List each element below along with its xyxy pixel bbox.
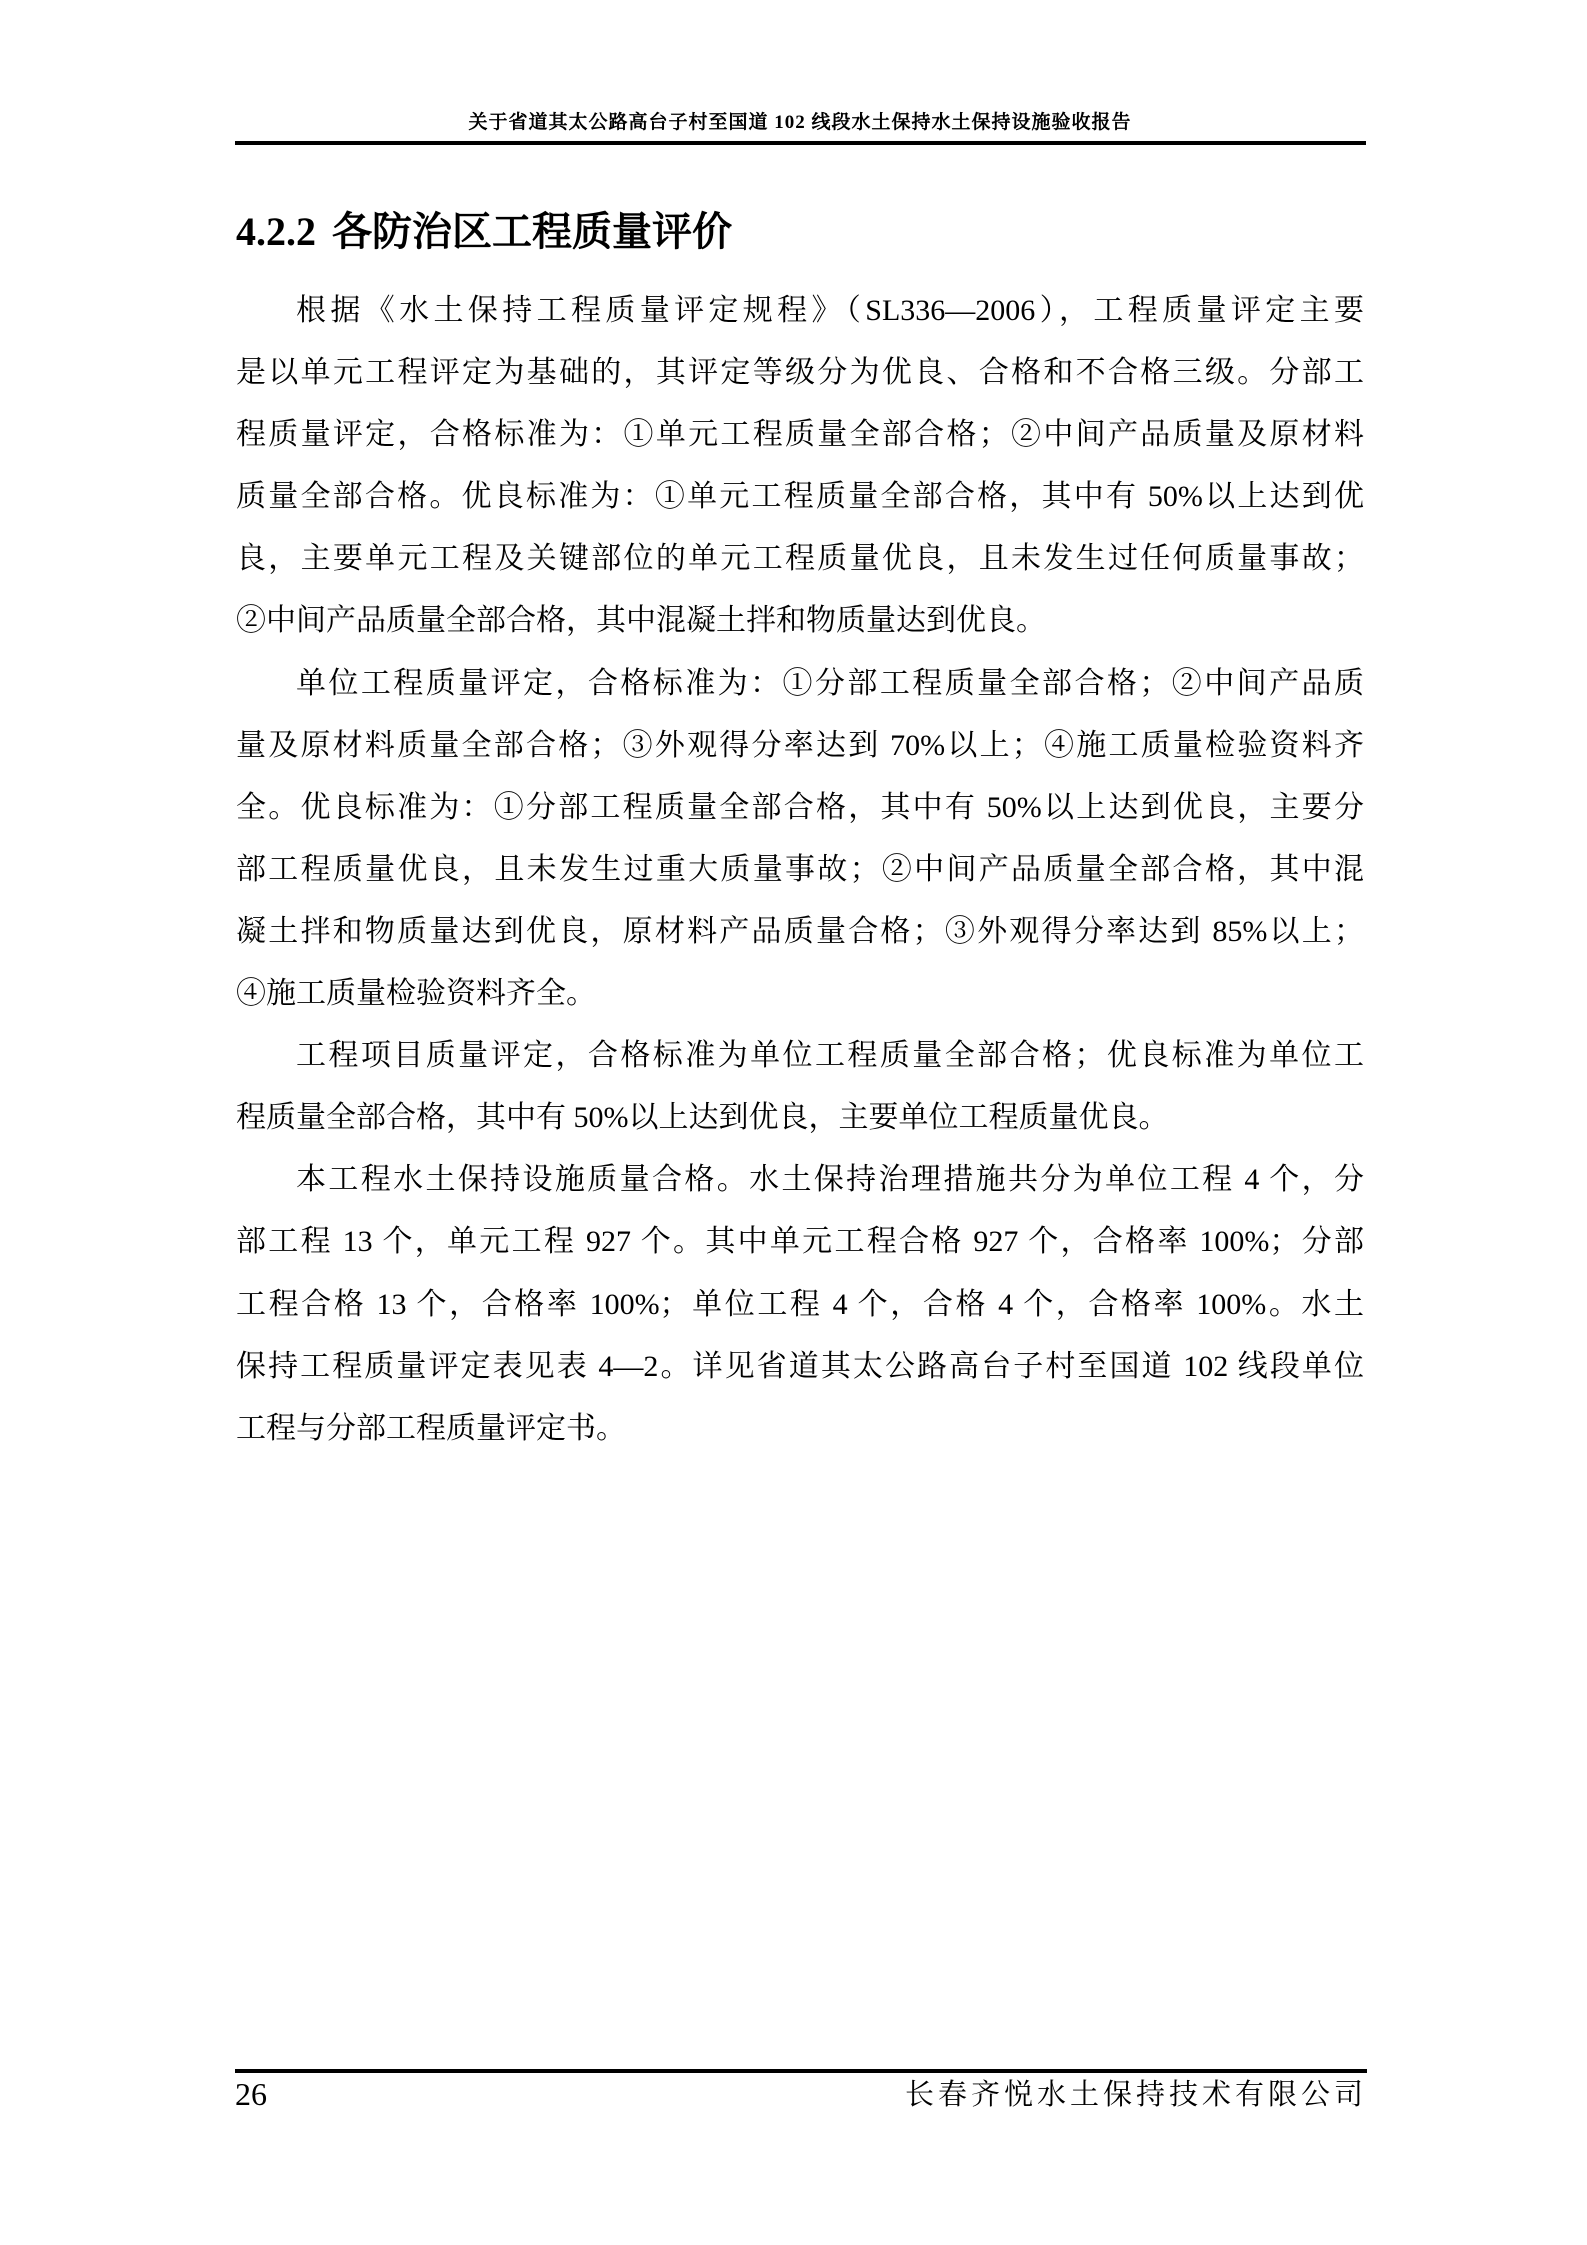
footer-rule xyxy=(235,2069,1367,2073)
paragraph-line: ②中间产品质量全部合格，其中混凝土拌和物质量达到优良。 xyxy=(236,590,1364,652)
paragraph-line: 保持工程质量评定表见表 4—2。详见省道其太公路高台子村至国道 102 线段单位 xyxy=(236,1336,1364,1398)
page-number: 26 xyxy=(235,2074,267,2114)
paragraph-line: 本工程水土保持设施质量合格。水土保持治理措施共分为单位工程 4 个，分 xyxy=(236,1149,1364,1211)
paragraph-line: 工程项目质量评定，合格标准为单位工程质量全部合格；优良标准为单位工 xyxy=(236,1025,1364,1087)
document-body: 根据《水土保持工程质量评定规程》（SL336—2006），工程质量评定主要 是以… xyxy=(236,280,1364,1460)
paragraph-line: 部工程 13 个，单元工程 927 个。其中单元工程合格 927 个，合格率 1… xyxy=(236,1211,1364,1273)
paragraph-line: 质量全部合格。优良标准为：①单元工程质量全部合格，其中有 50%以上达到优 xyxy=(236,466,1364,528)
paragraph-line: 良，主要单元工程及关键部位的单元工程质量优良，且未发生过任何质量事故； xyxy=(236,528,1364,590)
paragraph-line: 量及原材料质量全部合格；③外观得分率达到 70%以上；④施工质量检验资料齐 xyxy=(236,715,1364,777)
footer-row: 26 长春齐悦水土保持技术有限公司 xyxy=(235,2074,1367,2116)
paragraph-line: 部工程质量优良，且未发生过重大质量事故；②中间产品质量全部合格，其中混 xyxy=(236,839,1364,901)
paragraph-line: ④施工质量检验资料齐全。 xyxy=(236,963,1364,1025)
footer-company: 长春齐悦水土保持技术有限公司 xyxy=(905,2074,1367,2116)
paragraph-line: 工程与分部工程质量评定书。 xyxy=(236,1398,1364,1460)
section-heading: 4.2.2 各防治区工程质量评价 xyxy=(236,208,732,256)
paragraph-line: 工程合格 13 个，合格率 100%；单位工程 4 个，合格 4 个，合格率 1… xyxy=(236,1274,1364,1336)
paragraph-line: 凝土拌和物质量达到优良，原材料产品质量合格；③外观得分率达到 85%以上； xyxy=(236,901,1364,963)
paragraph-line: 程质量评定，合格标准为：①单元工程质量全部合格；②中间产品质量及原材料 xyxy=(236,404,1364,466)
document-page: 关于省道其太公路高台子村至国道 102 线段水土保持水土保持设施验收报告 4.2… xyxy=(0,0,1587,2245)
paragraph-line: 根据《水土保持工程质量评定规程》（SL336—2006），工程质量评定主要 xyxy=(236,280,1364,342)
paragraph-line: 是以单元工程评定为基础的，其评定等级分为优良、合格和不合格三级。分部工 xyxy=(236,342,1364,404)
running-header-title: 关于省道其太公路高台子村至国道 102 线段水土保持水土保持设施验收报告 xyxy=(235,110,1365,136)
header-rule xyxy=(235,141,1366,145)
paragraph-line: 单位工程质量评定，合格标准为：①分部工程质量全部合格；②中间产品质 xyxy=(236,653,1364,715)
paragraph-line: 全。优良标准为：①分部工程质量全部合格，其中有 50%以上达到优良，主要分 xyxy=(236,777,1364,839)
paragraph-line: 程质量全部合格，其中有 50%以上达到优良，主要单位工程质量优良。 xyxy=(236,1087,1364,1149)
